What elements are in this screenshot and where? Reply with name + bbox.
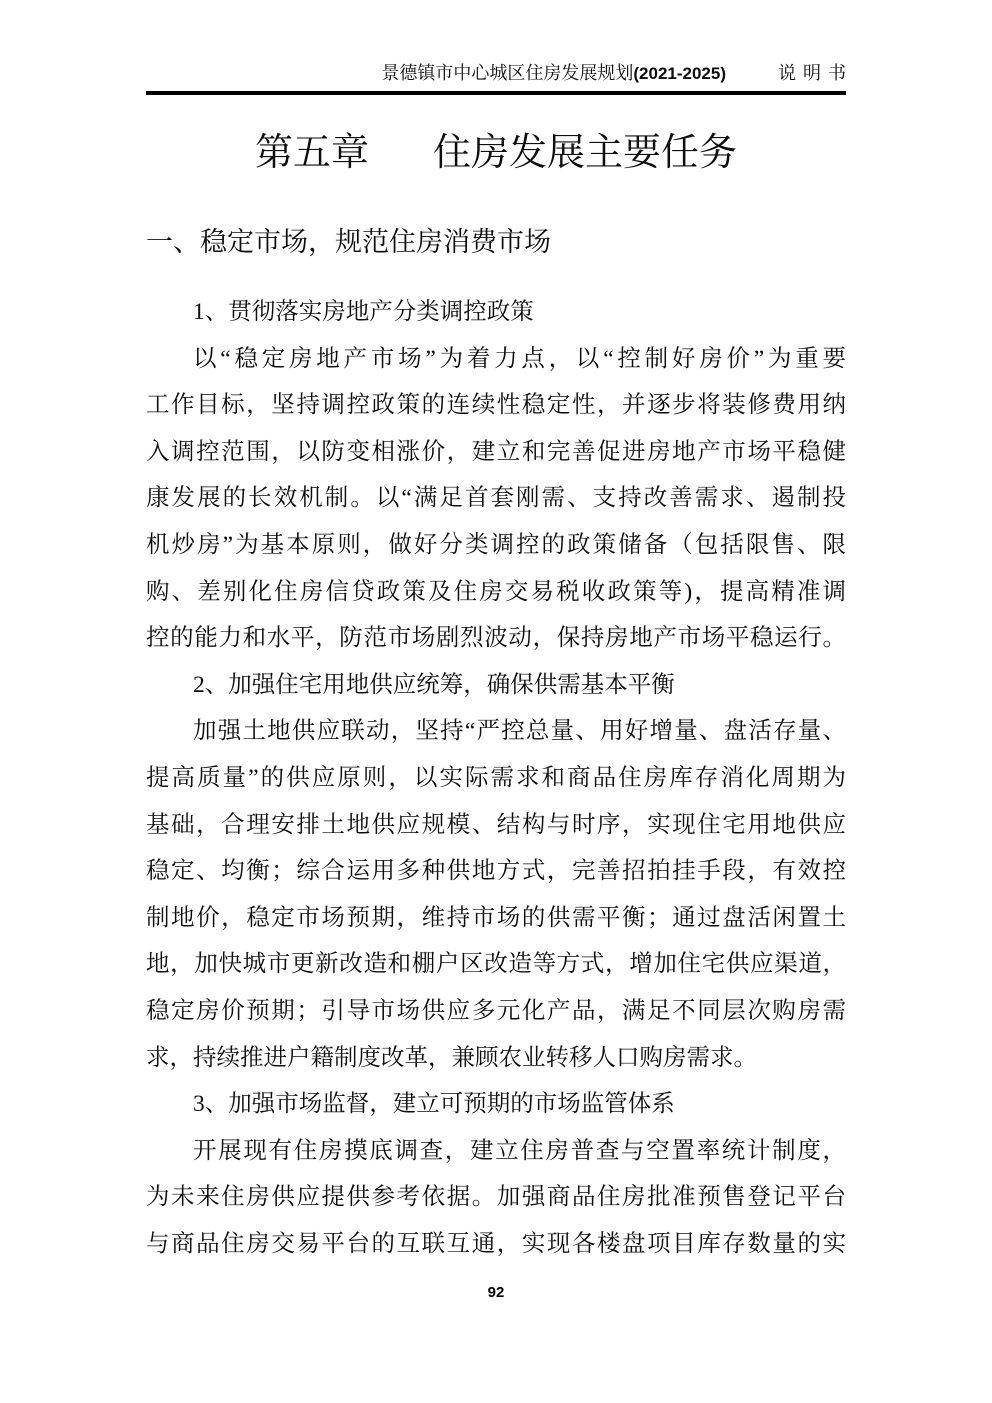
body-line: 入调控范围，以防变相涨价，建立和完善促进房地产市场平稳健 — [146, 429, 846, 476]
page-number: 92 — [146, 1284, 846, 1301]
subsection-1-heading: 1、贯彻落实房地产分类调控政策 — [146, 289, 846, 336]
body-line: 稳定房价预期；引导市场供应多元化产品，满足不同层次购房需 — [146, 988, 846, 1035]
subsection-3-heading: 3、加强市场监督，建立可预期的市场监管体系 — [146, 1081, 846, 1128]
header-doc-type: 说明书 — [778, 60, 853, 86]
header-doc-edition: (2021-2025) — [633, 61, 726, 87]
body-line: 求，持续推进户籍制度改革，兼顾农业转移人口购房需求。 — [146, 1035, 846, 1082]
header-divider — [146, 91, 846, 95]
body-text: 1、贯彻落实房地产分类调控政策 以“稳定房地产市场”为着力点，以“控制好房价”为… — [146, 289, 846, 1267]
body-line: 以“稳定房地产市场”为着力点，以“控制好房价”为重要 — [146, 336, 846, 383]
body-line: 与商品住房交易平台的互联互通，实现各楼盘项目库存数量的实 — [146, 1221, 846, 1268]
body-line: 机炒房”为基本原则，做好分类调控的政策储备（包括限售、限 — [146, 522, 846, 569]
body-line: 工作目标，坚持调控政策的连续性稳定性，并逐步将装修费用纳 — [146, 382, 846, 429]
body-line: 购、差别化住房信贷政策及住房交易税收政策等)，提高精准调 — [146, 569, 846, 616]
body-line: 开展现有住房摸底调查，建立住房普查与空置率统计制度， — [146, 1128, 846, 1175]
section-heading: 一、稳定市场，规范住房消费市场 — [146, 223, 846, 261]
page-header: 景德镇市中心城区住房发展规划 (2021-2025) 说明书 — [146, 0, 846, 87]
body-line: 基础，合理安排土地供应规模、结构与时序，实现住宅用地供应 — [146, 802, 846, 849]
body-line: 地，加快城市更新改造和棚户区改造等方式，增加住宅供应渠道， — [146, 941, 846, 988]
subsection-2-heading: 2、加强住宅用地供应统筹，确保供需基本平衡 — [146, 662, 846, 709]
body-line: 控的能力和水平，防范市场剧烈波动，保持房地产市场平稳运行。 — [146, 615, 846, 662]
body-line: 提高质量”的供应原则，以实际需求和商品住房库存消化周期为 — [146, 755, 846, 802]
body-line: 稳定、均衡；综合运用多种供地方式，完善招拍挂手段，有效控 — [146, 848, 846, 895]
chapter-name: 住房发展主要任务 — [433, 132, 737, 174]
header-doc-title: 景德镇市中心城区住房发展规划 — [381, 60, 633, 86]
body-line: 制地价，稳定市场预期，维持市场的供需平衡；通过盘活闲置土 — [146, 895, 846, 942]
chapter-number: 第五章 — [255, 132, 369, 174]
document-page: 景德镇市中心城区住房发展规划 (2021-2025) 说明书 第五章住房发展主要… — [0, 0, 992, 1403]
body-line: 加强土地供应联动，坚持“严控总量、用好增量、盘活存量、 — [146, 708, 846, 755]
chapter-title: 第五章住房发展主要任务 — [146, 125, 846, 181]
content-area: 景德镇市中心城区住房发展规划 (2021-2025) 说明书 第五章住房发展主要… — [146, 0, 846, 1267]
body-line: 为未来住房供应提供参考依据。加强商品住房批准预售登记平台 — [146, 1174, 846, 1221]
body-line: 康发展的长效机制。以“满足首套刚需、支持改善需求、遏制投 — [146, 475, 846, 522]
